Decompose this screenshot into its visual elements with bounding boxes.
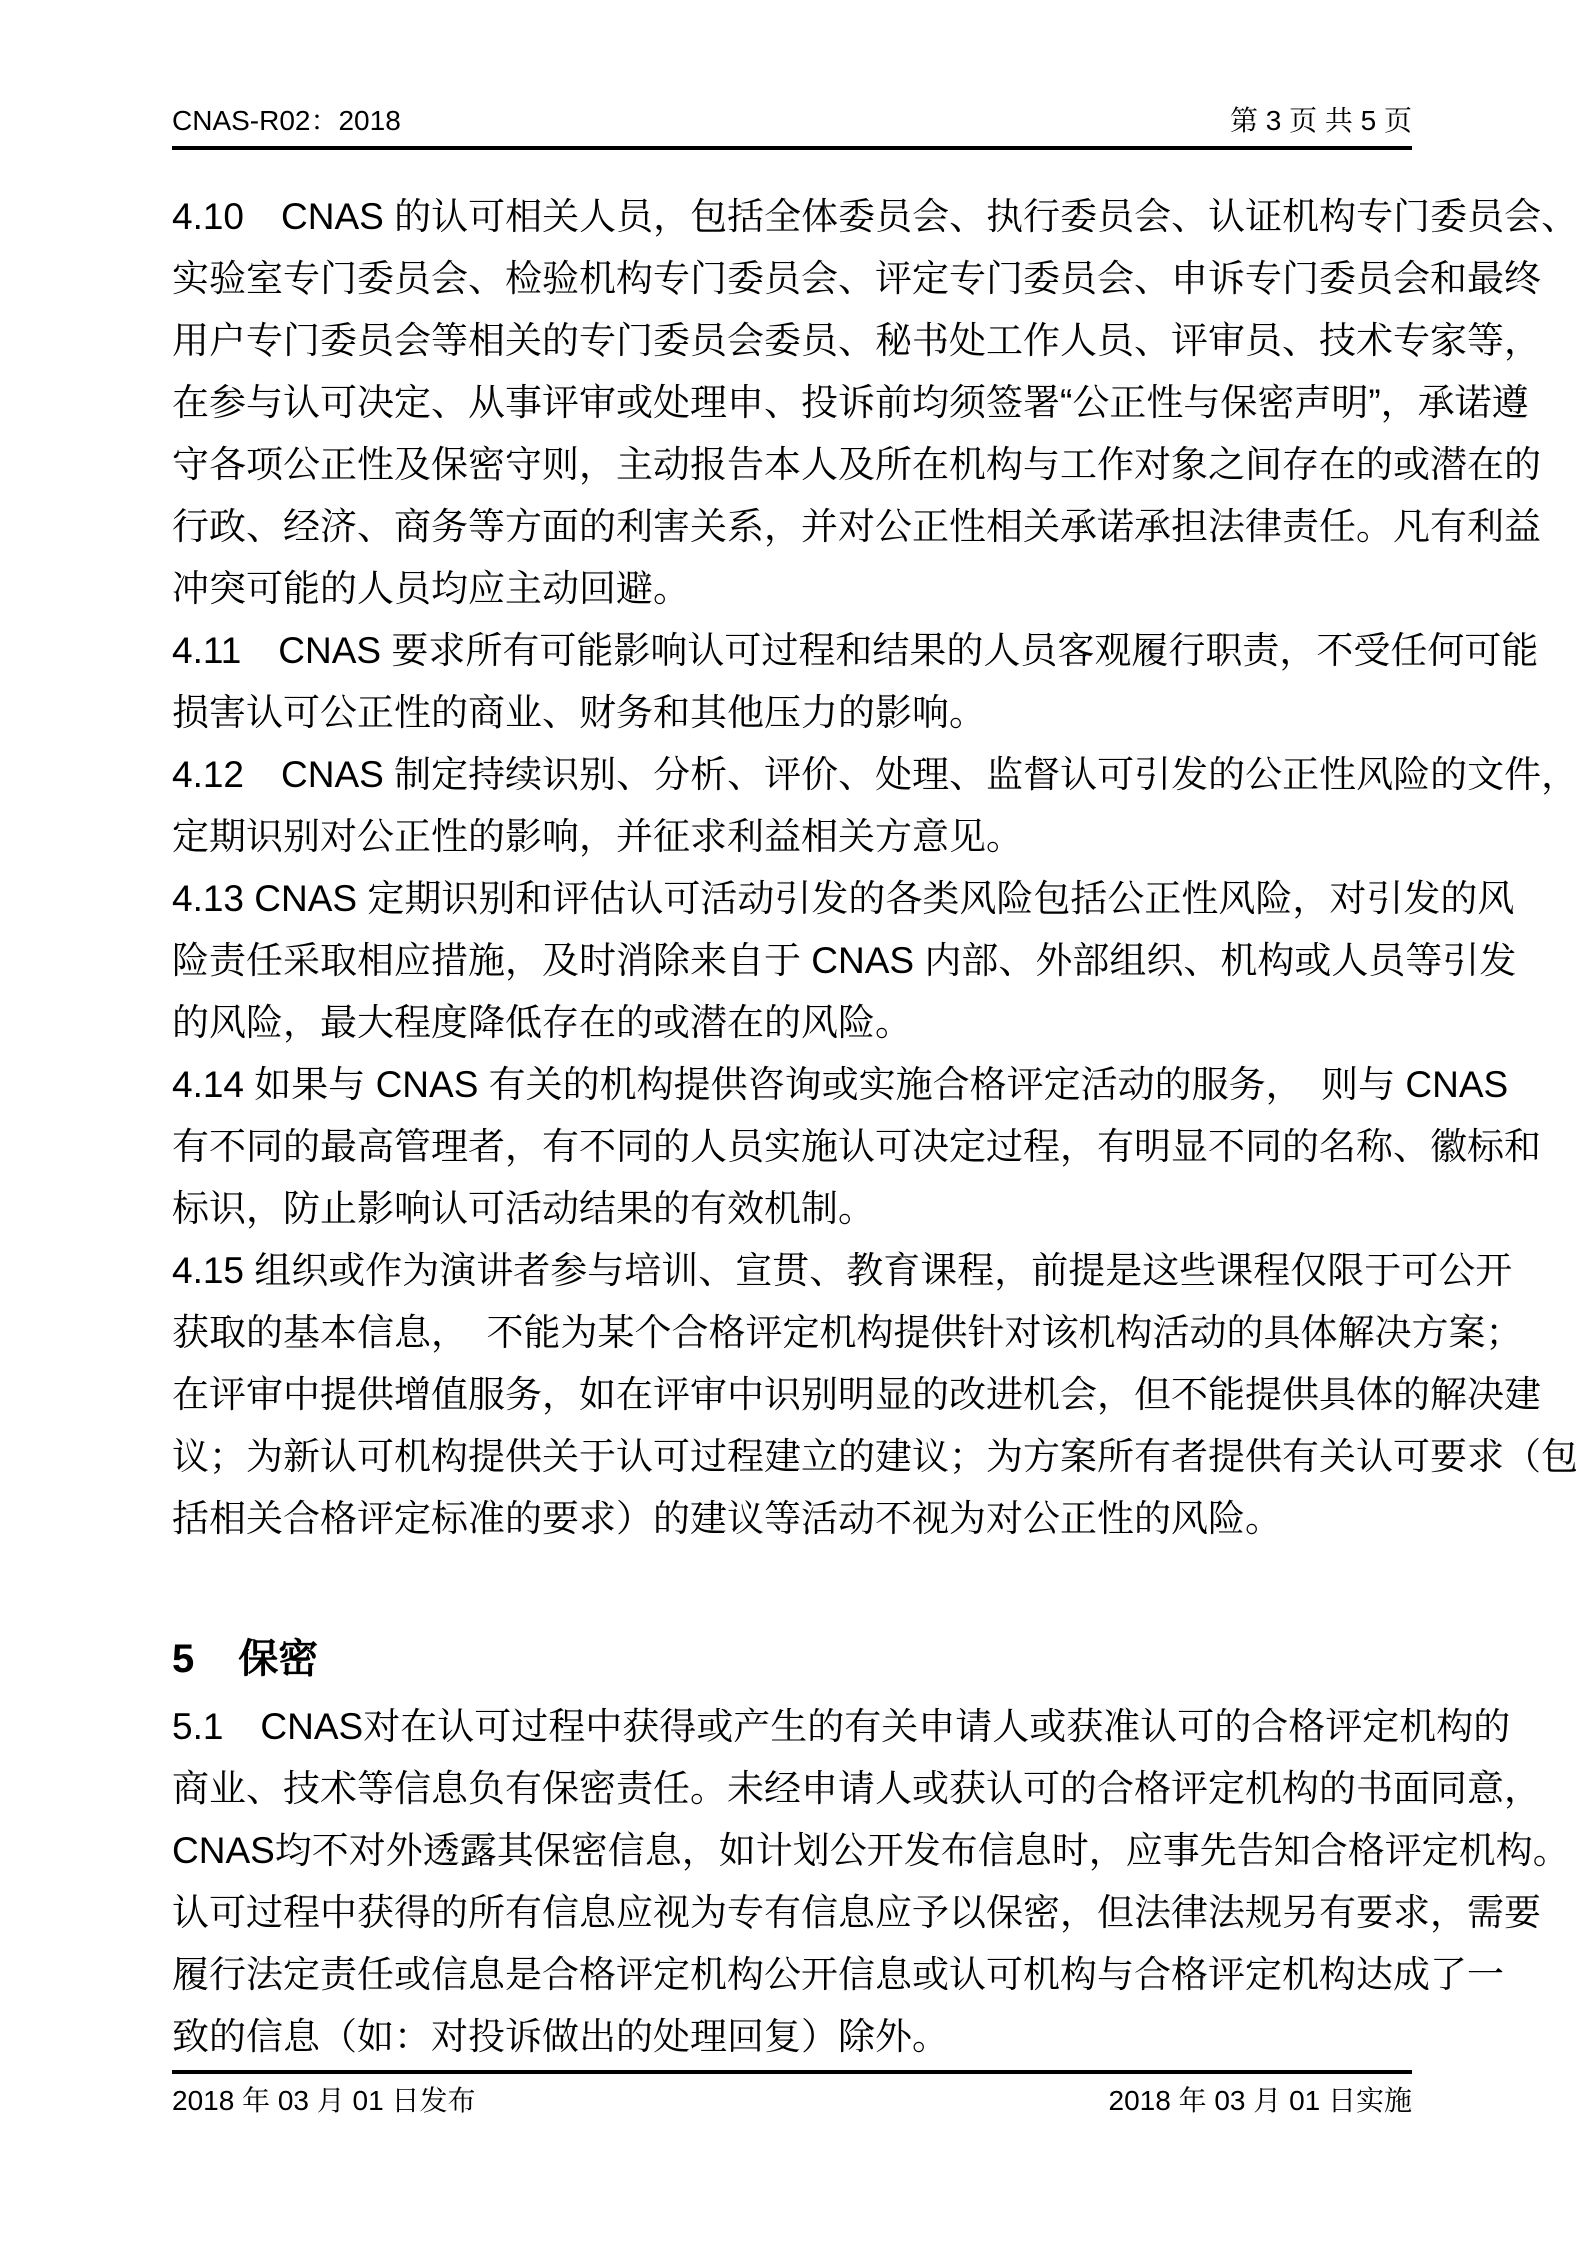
paragraph-5.1-line-5: 履行法定责任或信息是合格评定机构公开信息或认可机构与合格评定机构达成了一 [172, 1944, 1412, 2006]
paragraph-4.12-line-2: 定期识别对公正性的影响，并征求利益相关方意见。 [172, 806, 1412, 868]
paragraph-4.15-line-5: 括相关合格评定标准的要求）的建议等活动不视为对公正性的风险。 [172, 1488, 1412, 1550]
paragraph-4.13-line-3: 的风险，最大程度降低存在的或潜在的风险。 [172, 992, 1412, 1054]
paragraph-4.15-line-3: 在评审中提供增值服务，如在评审中识别明显的改进机会，但不能提供具体的解决建 [172, 1364, 1412, 1426]
paragraph-4.11-line-2: 损害认可公正性的商业、财务和其他压力的影响。 [172, 682, 1412, 744]
paragraph-4.12-line-1: 4.12 CNAS 制定持续识别、分析、评价、处理、监督认可引发的公正性风险的文… [172, 744, 1412, 806]
paragraph-4.13-line-1: 4.13 CNAS 定期识别和评估认可活动引发的各类风险包括公正性风险，对引发的… [172, 868, 1412, 930]
paragraph-4.10-line-4: 在参与认可决定、从事评审或处理申、投诉前均须签署“公正性与保密声明”，承诺遵 [172, 372, 1412, 434]
section-5-heading: 5保密 [172, 1628, 1412, 1690]
footer-release-date: 2018 年 03 月 01 日发布 [172, 2084, 475, 2118]
paragraph-4.14-line-3: 标识，防止影响认可活动结果的有效机制。 [172, 1178, 1412, 1240]
paragraph-4.15-line-4: 议；为新认可机构提供关于认可过程建立的建议；为方案所有者提供有关认可要求（包 [172, 1426, 1412, 1488]
paragraph-4.15-line-1: 4.15 组织或作为演讲者参与培训、宣贯、教育课程，前提是这些课程仅限于可公开 [172, 1240, 1412, 1302]
page-header: CNAS-R02：2018 第 3 页 共 5 页 [172, 102, 1412, 150]
paragraph-4.10-line-2: 实验室专门委员会、检验机构专门委员会、评定专门委员会、申诉专门委员会和最终 [172, 248, 1412, 310]
paragraph-4.10-line-5: 守各项公正性及保密守则，主动报告本人及所在机构与工作对象之间存在的或潜在的 [172, 434, 1412, 496]
section-4-paragraphs: 4.10 CNAS 的认可相关人员，包括全体委员会、执行委员会、认证机构专门委员… [172, 186, 1412, 1550]
paragraph-4.11-line-1: 4.11 CNAS 要求所有可能影响认可过程和结果的人员客观履行职责，不受任何可… [172, 620, 1412, 682]
paragraph-5.1-line-4: 认可过程中获得的所有信息应视为专有信息应予以保密，但法律法规另有要求，需要 [172, 1882, 1412, 1944]
paragraph-4.14-line-1: 4.14 如果与 CNAS 有关的机构提供咨询或实施合格评定活动的服务， 则与 … [172, 1054, 1412, 1116]
paragraph-4.10-line-7: 冲突可能的人员均应主动回避。 [172, 558, 1412, 620]
section-5-number: 5 [172, 1628, 194, 1690]
header-doc-code: CNAS-R02：2018 [172, 102, 401, 140]
paragraph-4.15-line-2: 获取的基本信息， 不能为某个合格评定机构提供针对该机构活动的具体解决方案； [172, 1302, 1412, 1364]
document-page: CNAS-R02：2018 第 3 页 共 5 页 4.10 CNAS 的认可相… [0, 0, 1587, 2245]
document-body: 4.10 CNAS 的认可相关人员，包括全体委员会、执行委员会、认证机构专门委员… [172, 186, 1412, 2068]
paragraph-4.13-line-2: 险责任采取相应措施，及时消除来自于 CNAS 内部、外部组织、机构或人员等引发 [172, 930, 1412, 992]
paragraph-5.1-line-3: CNAS均不对外透露其保密信息，如计划公开发布信息时，应事先告知合格评定机构。 [172, 1820, 1412, 1882]
paragraph-4.10-line-3: 用户专门委员会等相关的专门委员会委员、秘书处工作人员、评审员、技术专家等， [172, 310, 1412, 372]
section-5-paragraphs: 5.1 CNAS对在认可过程中获得或产生的有关申请人或获准认可的合格评定机构的商… [172, 1696, 1412, 2068]
paragraph-4.10-line-6: 行政、经济、商务等方面的利害关系，并对公正性相关承诺承担法律责任。凡有利益 [172, 496, 1412, 558]
paragraph-5.1-line-6: 致的信息（如：对投诉做出的处理回复）除外。 [172, 2006, 1412, 2068]
header-page-number: 第 3 页 共 5 页 [1230, 102, 1412, 140]
section-5-title: 保密 [238, 1637, 318, 1681]
paragraph-5.1-line-1: 5.1 CNAS对在认可过程中获得或产生的有关申请人或获准认可的合格评定机构的 [172, 1696, 1412, 1758]
footer-implementation-date: 2018 年 03 月 01 日实施 [1109, 2084, 1412, 2118]
page-footer: 2018 年 03 月 01 日发布 2018 年 03 月 01 日实施 [172, 2070, 1412, 2118]
paragraph-4.10-line-1: 4.10 CNAS 的认可相关人员，包括全体委员会、执行委员会、认证机构专门委员… [172, 186, 1412, 248]
paragraph-4.14-line-2: 有不同的最高管理者，有不同的人员实施认可决定过程，有明显不同的名称、徽标和 [172, 1116, 1412, 1178]
paragraph-5.1-line-2: 商业、技术等信息负有保密责任。未经申请人或获认可的合格评定机构的书面同意， [172, 1758, 1412, 1820]
